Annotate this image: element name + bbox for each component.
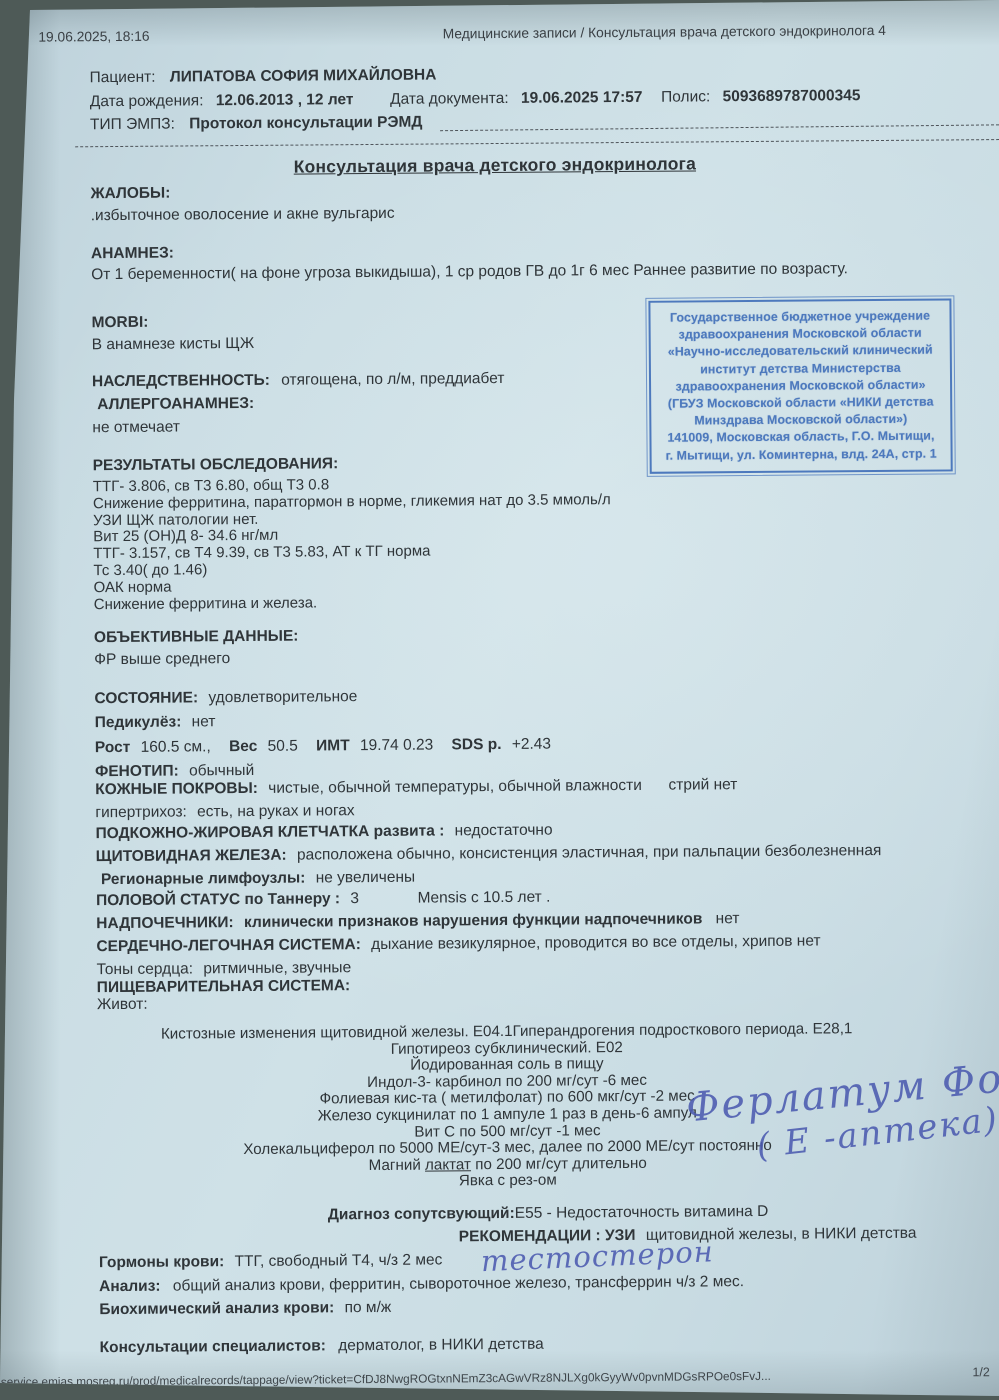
anamnesis-text: От 1 беременности( на фоне угроза выкиды… [91, 258, 866, 285]
state-row: СОСТОЯНИЕ: удовлетворительное [94, 688, 357, 708]
thyroid-label: ЩИТОВИДНАЯ ЖЕЛЕЗА: [96, 847, 287, 865]
tanner-row: ПОЛОВОЙ СТАТУС по Таннеру : 3 Mensis с 1… [96, 889, 550, 911]
morbi-text: В анамнезе кисты ЩЖ [92, 335, 255, 354]
skin-text: чистые, обычной температуры, обычной вла… [268, 777, 642, 797]
anamnesis-heading: АНАМНЕЗ: [91, 245, 174, 264]
digestive-heading: ПИЩЕВАРИТЕЛЬНАЯ СИСТЕМА: [97, 977, 351, 997]
heart-tones-row: Тоны сердца: ритмичные, звучные [97, 959, 352, 979]
height-value: 160.5 см., [141, 738, 211, 756]
birth-date-value: 12.06.2013 , 12 лет [216, 91, 354, 109]
weight-value: 50.5 [268, 738, 298, 755]
lymph-row: Регионарные лимфоузлы: не увеличены [101, 869, 415, 889]
pediculosis-label: Педикулёз: [95, 714, 182, 732]
patient-name: ЛИПАТОВА СОФИЯ МИХАЙЛОВНА [170, 66, 437, 85]
tanner-value: 3 [350, 890, 359, 907]
subcutaneous-label: ПОДКОЖНО-ЖИРОВАЯ КЛЕТЧАТКА развита : [95, 822, 444, 842]
hypertrichosis-row: гипертрихоз: есть, на руках и ногах [95, 802, 354, 822]
emr-type-value: Протокол консультации РЭМД [189, 114, 422, 133]
concomitant-diagnosis-text: Е55 - Недостаточность витамина D [515, 1203, 769, 1222]
skin-label: КОЖНЫЕ ПОКРОВЫ: [95, 780, 258, 798]
results-list: ТТГ- 3.806, св Т3 6.80, общ Т3 0.8 Сниже… [93, 475, 612, 613]
stamp-line: 141009, Московская область, Г.О. Мытищи, [655, 428, 946, 447]
breadcrumb: Медицинские записи / Консультация врача … [344, 22, 984, 42]
weight-label: Вес [229, 738, 257, 755]
emr-type-row: ТИП ЭМПЗ: Протокол консультации РЭМД [90, 114, 423, 135]
stamp-line: «Научно-исследовательский клинический [655, 342, 946, 361]
hormones-label: Гормоны крови: [99, 1253, 224, 1271]
abdomen-label: Живот: [97, 996, 148, 1014]
magnesium-pre: Магний [369, 1156, 426, 1173]
subcutaneous-row: ПОДКОЖНО-ЖИРОВАЯ КЛЕТЧАТКА развита : нед… [95, 822, 552, 844]
biochemistry-label: Биохимический анализ крови: [99, 1299, 334, 1318]
hormones-text: ТТГ, свободный Т4, ч/з 2 мес [234, 1251, 442, 1270]
allergy-text: не отмечает [92, 419, 180, 438]
magnesium-post: по 200 мг/сут длительно [471, 1155, 647, 1173]
birth-date-label: Дата рождения: [90, 92, 204, 110]
heart-tones-label: Тоны сердца: [97, 960, 194, 978]
adrenal-text: клинически признаков нарушения функции н… [244, 910, 702, 931]
phenotype-row: ФЕНОТИП: обычный [95, 762, 254, 781]
emr-type-label: ТИП ЭМПЗ: [90, 116, 175, 134]
document-page: 19.06.2025, 18:16 Медицинские записи / К… [0, 0, 999, 1400]
mensis-text: Mensis с 10.5 лет . [418, 889, 551, 907]
tanner-label: ПОЛОВОЙ СТАТУС по Таннеру : [96, 890, 340, 909]
policy-label: Полис: [661, 88, 710, 105]
policy-value: 5093689787000345 [723, 87, 861, 105]
height-label: Рост [95, 739, 131, 756]
patient-label: Пациент: [90, 69, 156, 87]
adrenal-label: НАДПОЧЕЧНИКИ: [96, 914, 234, 932]
adrenal-suffix: нет [716, 910, 740, 927]
lymph-text: не увеличены [316, 869, 416, 887]
subcutaneous-text: недостаточно [455, 822, 553, 840]
results-line: Снижение ферритина и железа. [94, 593, 612, 614]
consultations-row: Консультации специалистов: дерматолог, в… [100, 1336, 544, 1357]
separator-dashed-upper [440, 124, 999, 131]
cardio-row: СЕРДЕЧНО-ЛЕГОЧНАЯ СИСТЕМА: дыхание везик… [96, 932, 820, 956]
anthropometry-row: Рост 160.5 см., Вес 50.5 ИМТ 19.74 0.23 … [95, 736, 551, 758]
stamp-line: г. Мытищи, ул. Коминтерна, влд. 24А, стр… [656, 445, 947, 464]
document-photo-paper: 19.06.2025, 18:16 Медицинские записи / К… [0, 0, 999, 1400]
heredity-text: отягощена, по л/м, преддиабет [281, 370, 504, 389]
consultations-label: Консультации специалистов: [100, 1337, 326, 1356]
striae-text: стрий нет [668, 776, 737, 794]
allergy-heading: АЛЛЕРГОАНАМНЕЗ: [97, 395, 254, 414]
cardio-label: СЕРДЕЧНО-ЛЕГОЧНАЯ СИСТЕМА: [96, 936, 361, 955]
page-title: Консультация врача детского эндокринолог… [0, 151, 994, 180]
state-label: СОСТОЯНИЕ: [94, 689, 198, 707]
heart-tones-text: ритмичные, звучные [203, 959, 351, 977]
skin-row: КОЖНЫЕ ПОКРОВЫ: чистые, обычной температ… [95, 776, 737, 799]
doc-date-label: Дата документа: [390, 90, 509, 108]
footer-page-number: 1/2 [972, 1365, 990, 1379]
objective-text: ФР выше среднего [94, 650, 230, 669]
heredity-row: НАСЛЕДСТВЕННОСТЬ: отягощена, по л/м, пре… [92, 370, 505, 391]
complaints-text: .избыточное оволосение и акне вульгарис [91, 205, 395, 225]
morbi-heading: MORBI: [91, 314, 148, 332]
adrenal-row: НАДПОЧЕЧНИКИ: клинически признаков наруш… [96, 910, 739, 933]
complaints-heading: ЖАЛОБЫ: [90, 185, 170, 204]
hypertrichosis-label: гипертрихоз: [95, 803, 187, 821]
results-heading: РЕЗУЛЬТАТЫ ОБСЛЕДОВАНИЯ: [93, 455, 339, 475]
patient-dates-row: Дата рождения: 12.06.2013 , 12 лет Дата … [90, 87, 861, 111]
hormones-row: Гормоны крови: ТТГ, свободный Т4, ч/з 2 … [99, 1251, 443, 1272]
analysis-label: Анализ: [99, 1278, 161, 1295]
analysis-row: Анализ: общий анализ крови, ферритин, сы… [99, 1273, 744, 1296]
sds-label: SDS р. [451, 736, 501, 753]
thyroid-text: расположена обычно, консистенция эластич… [297, 842, 882, 864]
objective-heading: ОБЪЕКТИВНЫЕ ДАННЫЕ: [94, 628, 299, 648]
institution-stamp: Государственное бюджетное учреждение здр… [648, 298, 952, 473]
state-text: удовлетворительное [208, 688, 357, 706]
bmi-label: ИМТ [316, 737, 350, 754]
pediculosis-text: нет [192, 713, 216, 730]
cardio-text: дыхание везикулярное, проводится во все … [371, 932, 821, 953]
magnesium-underlined: лактат [425, 1156, 471, 1173]
concomitant-diagnosis-label: Диагноз сопутсвующий: [328, 1205, 515, 1223]
heredity-label: НАСЛЕДСТВЕННОСТЬ: [92, 372, 270, 390]
lymph-label: Регионарные лимфоузлы: [101, 870, 306, 889]
biochemistry-row: Биохимический анализ крови: по м/ж [99, 1299, 391, 1319]
analysis-text: общий анализ крови, ферритин, сывороточн… [173, 1273, 744, 1294]
phenotype-text: обычный [189, 762, 254, 780]
patient-row: Пациент: ЛИПАТОВА СОФИЯ МИХАЙЛОВНА [90, 66, 437, 87]
bmi-value: 19.74 0.23 [360, 737, 433, 755]
thyroid-row: ЩИТОВИДНАЯ ЖЕЛЕЗА: расположена обычно, к… [96, 842, 882, 866]
sds-value: +2.43 [512, 736, 551, 753]
consultations-text: дерматолог, в НИКИ детства [338, 1336, 544, 1355]
phenotype-label: ФЕНОТИП: [95, 763, 179, 781]
biochemistry-text: по м/ж [344, 1299, 391, 1316]
doc-date-value: 19.06.2025 17:57 [521, 89, 643, 107]
concomitant-diagnosis-row: Диагноз сопутсвующий:Е55 - Недостаточнос… [94, 1201, 999, 1226]
pediculosis-row: Педикулёз: нет [95, 713, 216, 732]
hypertrichosis-text: есть, на руках и ногах [197, 802, 355, 820]
footer-url: service.emias.mosreg.ru/prod/medicalreco… [1, 1369, 771, 1389]
print-datetime: 19.06.2025, 18:16 [38, 29, 149, 45]
separator-dashed [75, 139, 999, 147]
